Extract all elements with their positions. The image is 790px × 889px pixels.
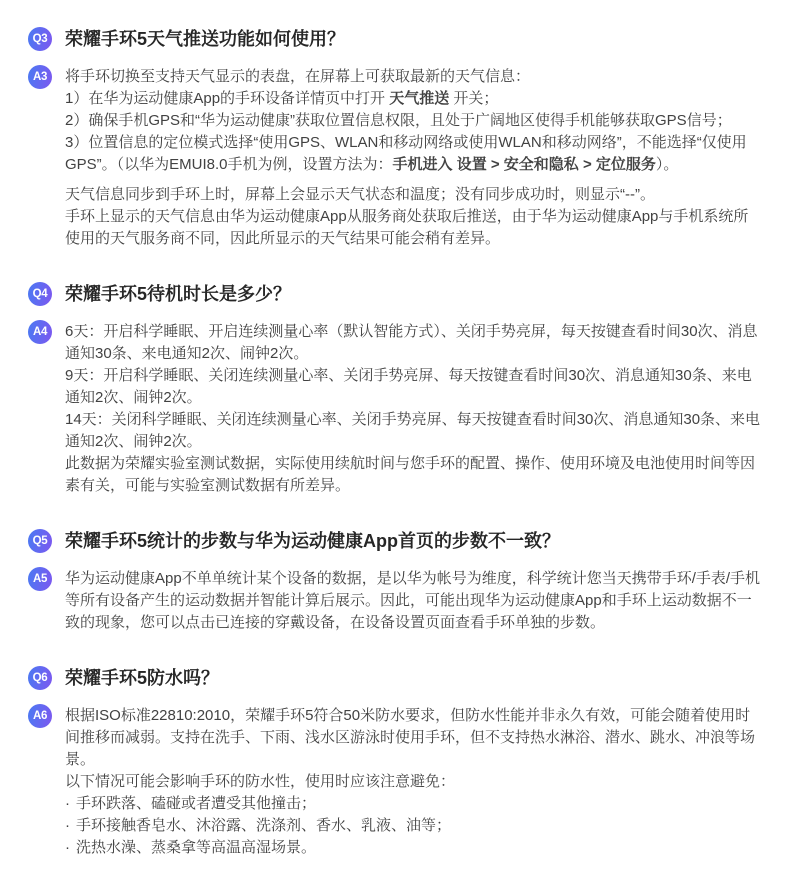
- faq-item: Q5荣耀手环5统计的步数与华为运动健康App首页的步数不一致？A5华为运动健康A…: [28, 529, 763, 634]
- answer-segment: 1）在华为运动健康App的手环设备详情页中打开: [65, 90, 389, 107]
- answer-paragraph: ·手环跌落、磕碰或者遭受其他撞击；: [65, 793, 763, 815]
- answer-badge: A4: [28, 320, 52, 344]
- answer-paragraph: 华为运动健康App不单单统计某个设备的数据，是以华为帐号为维度，科学统计您当天携…: [65, 568, 763, 634]
- question-row: Q6荣耀手环5防水吗？: [28, 666, 763, 690]
- question-text: 荣耀手环5天气推送功能如何使用？: [65, 27, 345, 51]
- answer-paragraph: 此数据为荣耀实验室测试数据，实际使用续航时间与您手环的配置、操作、使用环境及电池…: [65, 453, 763, 497]
- answer-row: A6根据ISO标准22810:2010，荣耀手环5符合50米防水要求，但防水性能…: [28, 705, 763, 859]
- answer-segment: 此数据为荣耀实验室测试数据，实际使用续航时间与您手环的配置、操作、使用环境及电池…: [65, 455, 755, 494]
- faq-item: Q4荣耀手环5待机时长是多少？A46天：开启科学睡眠、开启连续测量心率（默认智能…: [28, 282, 763, 497]
- answer-badge: A5: [28, 567, 52, 591]
- question-row: Q4荣耀手环5待机时长是多少？: [28, 282, 763, 306]
- question-badge: Q3: [28, 27, 52, 51]
- answer-row: A3将手环切换至支持天气显示的表盘，在屏幕上可获取最新的天气信息：1）在华为运动…: [28, 66, 763, 250]
- answer-text: 将手环切换至支持天气显示的表盘，在屏幕上可获取最新的天气信息：1）在华为运动健康…: [65, 66, 763, 250]
- answer-text: 根据ISO标准22810:2010，荣耀手环5符合50米防水要求，但防水性能并非…: [65, 705, 763, 859]
- question-badge: Q6: [28, 666, 52, 690]
- faq-item: Q6荣耀手环5防水吗？A6根据ISO标准22810:2010，荣耀手环5符合50…: [28, 666, 763, 859]
- answer-paragraph: 天气信息同步到手环上时，屏幕上会显示天气状态和温度；没有同步成功时，则显示“--…: [65, 184, 763, 206]
- answer-segment: 华为运动健康App不单单统计某个设备的数据，是以华为帐号为维度，科学统计您当天携…: [65, 570, 760, 631]
- answer-paragraph: 根据ISO标准22810:2010，荣耀手环5符合50米防水要求，但防水性能并非…: [65, 705, 763, 771]
- answer-badge: A3: [28, 65, 52, 89]
- answer-segment: ）。: [656, 156, 679, 173]
- answer-paragraph: 9天：开启科学睡眠、关闭连续测量心率、关闭手势亮屏、每天按键查看时间30次、消息…: [65, 365, 763, 409]
- faq-list: Q3荣耀手环5天气推送功能如何使用？A3将手环切换至支持天气显示的表盘，在屏幕上…: [28, 27, 763, 859]
- answer-segment: 2）确保手机GPS和“华为运动健康”获取位置信息权限，且处于广阔地区使得手机能够…: [65, 112, 732, 129]
- answer-row: A46天：开启科学睡眠、开启连续测量心率（默认智能方式）、关闭手势亮屏，每天按键…: [28, 321, 763, 497]
- faq-page: Q3荣耀手环5天气推送功能如何使用？A3将手环切换至支持天气显示的表盘，在屏幕上…: [0, 0, 790, 889]
- answer-segment: 洗热水澡、蒸桑拿等高温高湿场景。: [76, 839, 316, 856]
- question-row: Q5荣耀手环5统计的步数与华为运动健康App首页的步数不一致？: [28, 529, 763, 553]
- answer-segment: 手环跌落、磕碰或者遭受其他撞击；: [76, 795, 316, 812]
- answer-paragraph: 1）在华为运动健康App的手环设备详情页中打开 天气推送 开关；: [65, 88, 763, 110]
- answer-text: 华为运动健康App不单单统计某个设备的数据，是以华为帐号为维度，科学统计您当天携…: [65, 568, 763, 634]
- answer-paragraph: ·手环接触香皂水、沐浴露、洗涤剂、香水、乳液、油等；: [65, 815, 763, 837]
- faq-item: Q3荣耀手环5天气推送功能如何使用？A3将手环切换至支持天气显示的表盘，在屏幕上…: [28, 27, 763, 250]
- answer-segment: 将手环切换至支持天气显示的表盘，在屏幕上可获取最新的天气信息：: [65, 68, 530, 85]
- question-text: 荣耀手环5统计的步数与华为运动健康App首页的步数不一致？: [65, 529, 560, 553]
- answer-bold-segment: 天气推送: [389, 90, 449, 107]
- bullet-dot: ·: [65, 837, 70, 859]
- answer-segment: 以下情况可能会影响手环的防水性，使用时应该注意避免：: [65, 773, 455, 790]
- question-text: 荣耀手环5防水吗？: [65, 666, 219, 690]
- question-text: 荣耀手环5待机时长是多少？: [65, 282, 291, 306]
- answer-segment: 14天：关闭科学睡眠、关闭连续测量心率、关闭手势亮屏、每天按键查看时间30次、消…: [65, 411, 760, 450]
- answer-segment: 9天：开启科学睡眠、关闭连续测量心率、关闭手势亮屏、每天按键查看时间30次、消息…: [65, 367, 752, 406]
- bullet-dot: ·: [65, 793, 70, 815]
- answer-paragraph: 6天：开启科学睡眠、开启连续测量心率（默认智能方式）、关闭手势亮屏，每天按键查看…: [65, 321, 763, 365]
- answer-segment: 天气信息同步到手环上时，屏幕上会显示天气状态和温度；没有同步成功时，则显示“--…: [65, 186, 655, 203]
- question-row: Q3荣耀手环5天气推送功能如何使用？: [28, 27, 763, 51]
- question-badge: Q5: [28, 529, 52, 553]
- answer-paragraph: 将手环切换至支持天气显示的表盘，在屏幕上可获取最新的天气信息：: [65, 66, 763, 88]
- answer-text: 6天：开启科学睡眠、开启连续测量心率（默认智能方式）、关闭手势亮屏，每天按键查看…: [65, 321, 763, 497]
- answer-bold-segment: 手机进入 设置 > 安全和隐私 > 定位服务: [393, 156, 656, 173]
- answer-paragraph: 3）位置信息的定位模式选择“使用GPS、WLAN和移动网络或使用WLAN和移动网…: [65, 132, 763, 176]
- answer-paragraph: 2）确保手机GPS和“华为运动健康”获取位置信息权限，且处于广阔地区使得手机能够…: [65, 110, 763, 132]
- answer-paragraph: 以下情况可能会影响手环的防水性，使用时应该注意避免：: [65, 771, 763, 793]
- answer-badge: A6: [28, 704, 52, 728]
- answer-paragraph: 手环上显示的天气信息由华为运动健康App从服务商处获取后推送，由于华为运动健康A…: [65, 206, 763, 250]
- answer-segment: 手环接触香皂水、沐浴露、洗涤剂、香水、乳液、油等；: [76, 817, 451, 834]
- answer-segment: 根据ISO标准22810:2010，荣耀手环5符合50米防水要求，但防水性能并非…: [65, 707, 755, 768]
- answer-segment: 手环上显示的天气信息由华为运动健康App从服务商处获取后推送，由于华为运动健康A…: [65, 208, 748, 247]
- answer-segment: 开关；: [449, 90, 498, 107]
- answer-row: A5华为运动健康App不单单统计某个设备的数据，是以华为帐号为维度，科学统计您当…: [28, 568, 763, 634]
- question-badge: Q4: [28, 282, 52, 306]
- answer-segment: 6天：开启科学睡眠、开启连续测量心率（默认智能方式）、关闭手势亮屏，每天按键查看…: [65, 323, 758, 362]
- answer-paragraph: ·洗热水澡、蒸桑拿等高温高湿场景。: [65, 837, 763, 859]
- bullet-dot: ·: [65, 815, 70, 837]
- answer-paragraph: 14天：关闭科学睡眠、关闭连续测量心率、关闭手势亮屏、每天按键查看时间30次、消…: [65, 409, 763, 453]
